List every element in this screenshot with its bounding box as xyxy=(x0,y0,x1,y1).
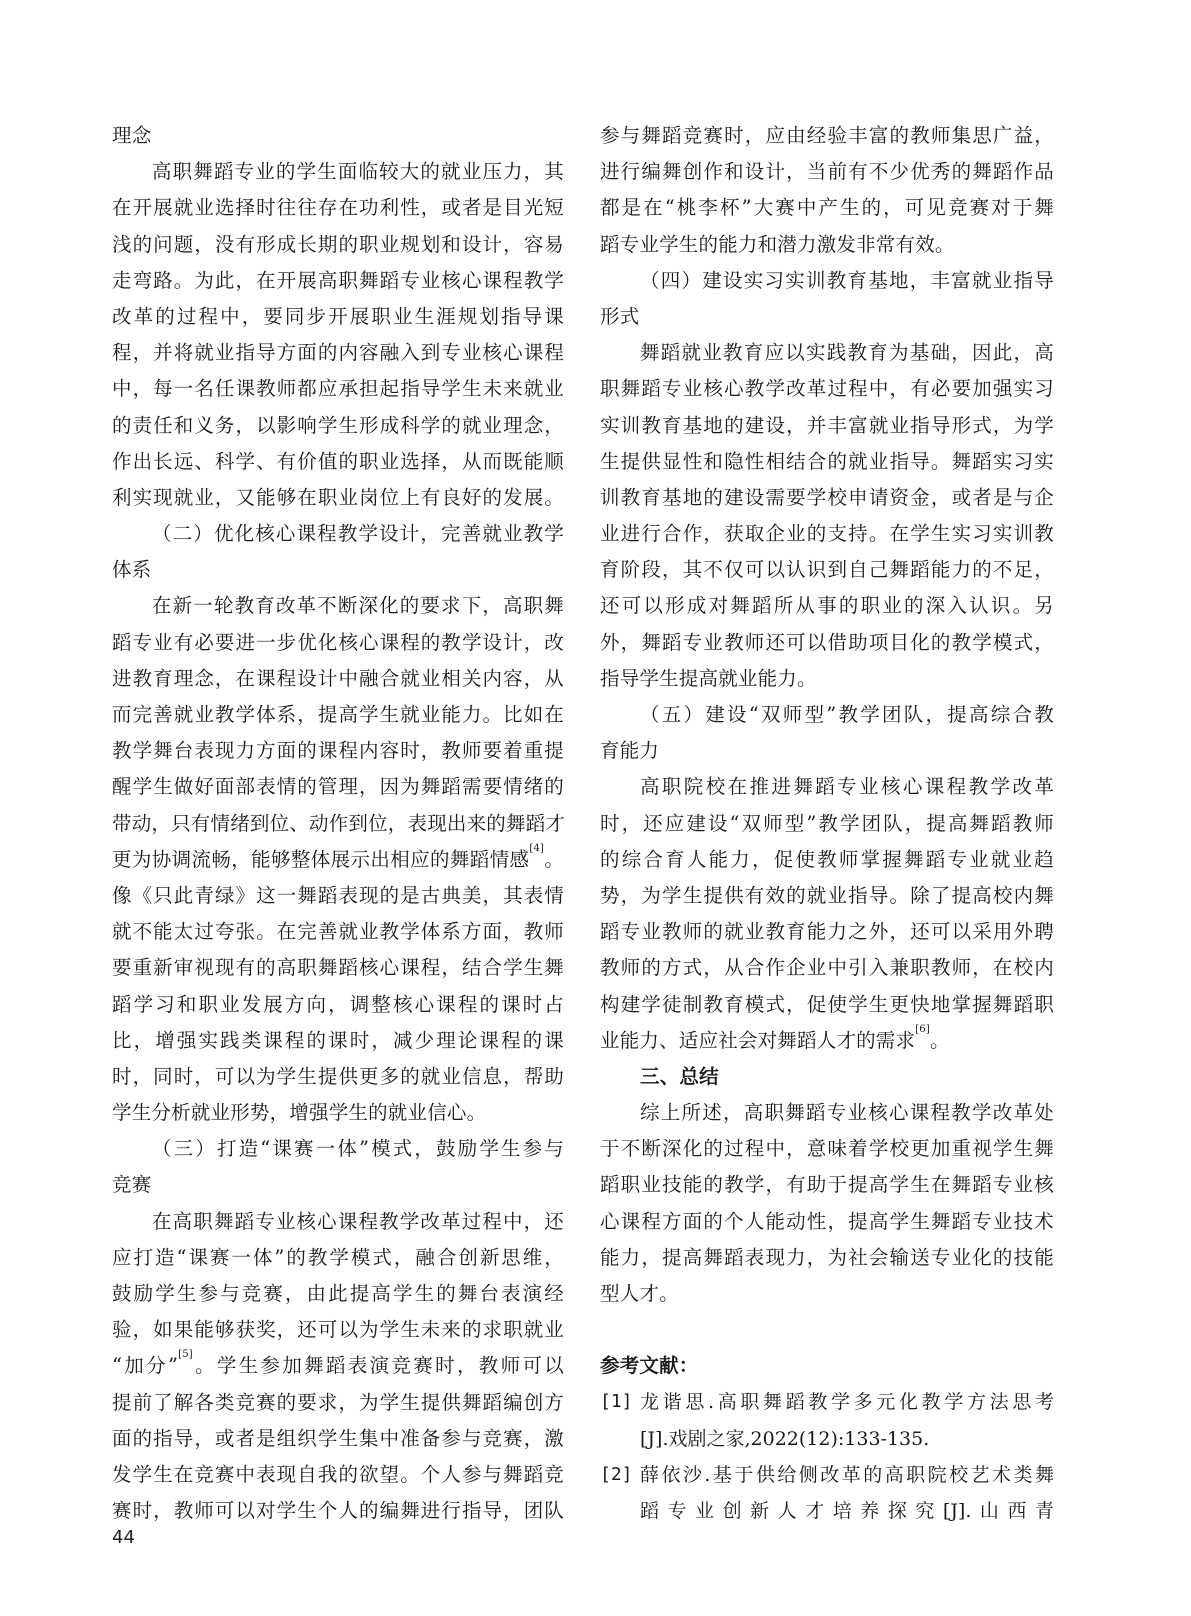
line-text: 中，每一名任课教师都应承担起指导学生未来就业 xyxy=(112,377,564,400)
line-text: 心课程方面的个人能动性，提高学生舞蹈专业技术 xyxy=(600,1210,1054,1233)
line-text: 理念 xyxy=(112,124,151,147)
line-text: 醒学生做好面部表情的管理，因为舞蹈需要情绪的 xyxy=(112,775,564,798)
text-line: 应打造“课赛一体”的教学模式，融合创新思维， xyxy=(112,1240,564,1276)
text-line: 育能力 xyxy=(600,733,1054,769)
text-line: 蹈学习和职业发展方向，调整核心课程的课时占 xyxy=(112,987,564,1023)
paragraph-first-line: 在新一轮教育改革不断深化的要求下，高职舞 xyxy=(112,588,564,624)
subsection-heading: （三）打造“课赛一体”模式，鼓励学生参与 xyxy=(112,1131,564,1167)
line-text: “加分” xyxy=(112,1354,178,1377)
text-line: 势，为学生提供有效的就业指导。除了提高校内舞 xyxy=(600,878,1054,914)
reference-indent xyxy=(600,1421,640,1457)
text-line: 外，舞蹈专业教师还可以借助项目化的教学模式， xyxy=(600,625,1054,661)
line-text: 进教育理念，在课程设计中融合就业相关内容，从 xyxy=(112,667,564,690)
text-line: 形式 xyxy=(600,299,1054,335)
line-text: 于不断深化的过程中，意味着学校更加重视学生舞 xyxy=(600,1137,1054,1160)
text-line: 实训教育基地的建设，并丰富就业指导形式，为学 xyxy=(600,408,1054,444)
line-text: 而完善就业教学体系，提高学生就业能力。比如在 xyxy=(112,703,564,726)
text-line: 都是在“桃李杯”大赛中产生的，可见竞赛对于舞 xyxy=(600,190,1054,226)
line-text: 走弯路。为此，在开展高职舞蹈专业核心课程教学 xyxy=(112,269,564,292)
text-line: 教学舞台表现力方面的课程内容时，教师要着重提 xyxy=(112,733,564,769)
line-text: 在高职舞蹈专业核心课程教学改革过程中，还 xyxy=(152,1210,564,1233)
line-text: 体系 xyxy=(112,558,151,581)
line-text: 浅的问题，没有形成长期的职业规划和设计，容易 xyxy=(112,233,564,256)
line-text: 型人才。 xyxy=(600,1282,679,1305)
line-text: 时，还应建设“双师型”教学团队，提高舞蹈教师 xyxy=(600,812,1054,835)
text-line: 验，如果能够获奖，还可以为学生未来的求职就业 xyxy=(112,1312,564,1348)
text-line: 像《只此青绿》这一舞蹈表现的是古典美，其表情 xyxy=(112,878,564,914)
text-line: 生提供显性和隐性相结合的就业指导。舞蹈实习实 xyxy=(600,444,1054,480)
text-line: “加分”[5]。学生参加舞蹈表演竞赛时，教师可以 xyxy=(112,1348,564,1384)
line-text: 改革的过程中，要同步开展职业生涯规划指导课 xyxy=(112,305,564,328)
line-text: 蹈学习和职业发展方向，调整核心课程的课时占 xyxy=(112,993,564,1016)
text-line: 于不断深化的过程中，意味着学校更加重视学生舞 xyxy=(600,1131,1054,1167)
text-line: 进教育理念，在课程设计中融合就业相关内容，从 xyxy=(112,661,564,697)
line-text: 比，增强实践类课程的课时，减少理论课程的课 xyxy=(112,1029,564,1052)
line-text: 赛时，教师可以对学生个人的编舞进行指导，团队 xyxy=(112,1499,564,1522)
citation-marker[interactable]: [4] xyxy=(529,843,544,854)
text-line: 提前了解各类竞赛的要求，为学生提供舞蹈编创方 xyxy=(112,1385,564,1421)
text-line: 育阶段，其不仅可以认识到自己舞蹈能力的不足， xyxy=(600,552,1054,588)
line-text: 蹈专业有必要进一步优化核心课程的教学设计，改 xyxy=(112,631,564,654)
line-text: 的责任和义务，以影响学生形成科学的就业理念， xyxy=(112,414,564,437)
paragraph-first-line: 高职院校在推进舞蹈专业核心课程教学改革 xyxy=(600,769,1054,805)
line-text-after: 。学生参加舞蹈表演竞赛时，教师可以 xyxy=(193,1354,564,1377)
reference-text: 蹈专业创新人才培养探究[J].山西青 xyxy=(640,1493,1054,1529)
line-text: 能力，提高舞蹈表现力，为社会输送专业化的技能 xyxy=(600,1246,1054,1269)
paragraph-first-line: 舞蹈就业教育应以实践教育为基础，因此，高 xyxy=(600,335,1054,371)
line-text: 发学生在竞赛中表现自我的欲望。个人参与舞蹈竞 xyxy=(112,1463,564,1486)
line-text: 舞蹈就业教育应以实践教育为基础，因此，高 xyxy=(640,341,1054,364)
reference-item: [2]薛依沙.基于供给侧改革的高职院校艺术类舞 xyxy=(600,1457,1054,1493)
line-text: 就不能太过夸张。在完善就业教学体系方面，教师 xyxy=(112,920,564,943)
text-line: 程，并将就业指导方面的内容融入到专业核心课程 xyxy=(112,335,564,371)
line-text-after: 。 xyxy=(544,848,564,871)
text-line: 中，每一名任课教师都应承担起指导学生未来就业 xyxy=(112,371,564,407)
reference-text: [J].戏剧之家,2022(12):133-135. xyxy=(640,1421,1054,1457)
line-text: （五）建设“双师型”教学团队，提高综合教 xyxy=(640,703,1054,726)
text-line: 体系 xyxy=(112,552,564,588)
text-line: 就不能太过夸张。在完善就业教学体系方面，教师 xyxy=(112,914,564,950)
line-text: 验，如果能够获奖，还可以为学生未来的求职就业 xyxy=(112,1318,564,1341)
text-line: 在开展就业选择时往往存在功利性，或者是目光短 xyxy=(112,190,564,226)
text-line: 时，同时，可以为学生提供更多的就业信息，帮助 xyxy=(112,1059,564,1095)
line-text: 生提供显性和隐性相结合的就业指导。舞蹈实习实 xyxy=(600,450,1054,473)
spacer xyxy=(600,1312,1054,1348)
line-text: 在新一轮教育改革不断深化的要求下，高职舞 xyxy=(152,594,564,617)
text-line: 要重新审视现有的高职舞蹈核心课程，结合学生舞 xyxy=(112,950,564,986)
reference-text: 薛依沙.基于供给侧改革的高职院校艺术类舞 xyxy=(640,1457,1054,1493)
text-line: 时，还应建设“双师型”教学团队，提高舞蹈教师 xyxy=(600,806,1054,842)
subsection-heading: （四）建设实习实训教育基地，丰富就业指导 xyxy=(600,263,1054,299)
line-text: 更为协调流畅，能够整体展示出相应的舞蹈情感 xyxy=(112,848,529,871)
text-line: 醒学生做好面部表情的管理，因为舞蹈需要情绪的 xyxy=(112,769,564,805)
text-line: 竞赛 xyxy=(112,1167,564,1203)
text-line: 还可以形成对舞蹈所从事的职业的深入认识。另 xyxy=(600,588,1054,624)
text-line: 浅的问题，没有形成长期的职业规划和设计，容易 xyxy=(112,227,564,263)
text-line: 蹈专业有必要进一步优化核心课程的教学设计，改 xyxy=(112,625,564,661)
text-line: 蹈职业技能的教学，有助于提高学生在舞蹈专业核 xyxy=(600,1167,1054,1203)
text-line: 业能力、适应社会对舞蹈人才的需求[6]。 xyxy=(600,1023,1054,1059)
line-text: 作出长远、科学、有价值的职业选择，从而既能顺 xyxy=(112,450,564,473)
line-text: 提前了解各类竞赛的要求，为学生提供舞蹈编创方 xyxy=(112,1391,564,1414)
line-text: 带动，只有情绪到位、动作到位，表现出来的舞蹈才 xyxy=(112,812,565,835)
reference-item: 蹈专业创新人才培养探究[J].山西青 xyxy=(600,1493,1054,1529)
paragraph-first-line: 高职舞蹈专业的学生面临较大的就业压力，其 xyxy=(112,154,564,190)
line-text: 外，舞蹈专业教师还可以借助项目化的教学模式， xyxy=(600,631,1054,654)
text-line: 蹈专业学生的能力和潜力激发非常有效。 xyxy=(600,227,1054,263)
references-title: 参考文献： xyxy=(600,1348,1054,1384)
line-text: 育阶段，其不仅可以认识到自己舞蹈能力的不足， xyxy=(600,558,1054,581)
reference-text: 龙谐思.高职舞蹈教学多元化教学方法思考 xyxy=(640,1384,1054,1420)
line-text: 的综合育人能力，促使教师掌握舞蹈专业就业趋 xyxy=(600,848,1054,871)
text-line: 学生分析就业形势，增强学生的就业信心。 xyxy=(112,1095,564,1131)
line-text: （三）打造“课赛一体”模式，鼓励学生参与 xyxy=(152,1137,564,1160)
text-line: 教师的方式，从合作企业中引入兼职教师，在校内 xyxy=(600,950,1054,986)
text-line: 构建学徒制教育模式，促使学生更快地掌握舞蹈职 xyxy=(600,987,1054,1023)
line-text: 三、总结 xyxy=(640,1065,719,1088)
text-line: 改革的过程中，要同步开展职业生涯规划指导课 xyxy=(112,299,564,335)
line-text: 利实现就业，又能够在职业岗位上有良好的发展。 xyxy=(112,486,564,509)
text-line: 蹈专业教师的就业教育能力之外，还可以采用外聘 xyxy=(600,914,1054,950)
subsection-heading: （二）优化核心课程教学设计，完善就业教学 xyxy=(112,516,564,552)
reference-number: [1] xyxy=(600,1384,640,1420)
line-text-after: 。 xyxy=(930,1029,950,1052)
line-text: 教学舞台表现力方面的课程内容时，教师要着重提 xyxy=(112,739,564,762)
line-text: 程，并将就业指导方面的内容融入到专业核心课程 xyxy=(112,341,564,364)
text-line: 指导学生提高就业能力。 xyxy=(600,661,1054,697)
paragraph-first-line: 综上所述，高职舞蹈专业核心课程教学改革处 xyxy=(600,1095,1054,1131)
text-line: 带动，只有情绪到位、动作到位，表现出来的舞蹈才 xyxy=(112,806,564,842)
line-text: 都是在“桃李杯”大赛中产生的，可见竞赛对于舞 xyxy=(600,196,1054,219)
line-text: 职舞蹈专业核心教学改革过程中，有必要加强实习 xyxy=(600,377,1054,400)
line-text: 教师的方式，从合作企业中引入兼职教师，在校内 xyxy=(600,956,1054,979)
section-heading: 三、总结 xyxy=(600,1059,1054,1095)
line-text: 竞赛 xyxy=(112,1173,151,1196)
text-line: 赛时，教师可以对学生个人的编舞进行指导，团队 xyxy=(112,1493,564,1529)
text-line: 的责任和义务，以影响学生形成科学的就业理念， xyxy=(112,408,564,444)
text-line: 心课程方面的个人能动性，提高学生舞蹈专业技术 xyxy=(600,1204,1054,1240)
reference-indent xyxy=(600,1493,640,1529)
line-text: 像《只此青绿》这一舞蹈表现的是古典美，其表情 xyxy=(112,884,564,907)
text-line: 能力，提高舞蹈表现力，为社会输送专业化的技能 xyxy=(600,1240,1054,1276)
line-text: 时，同时，可以为学生提供更多的就业信息，帮助 xyxy=(112,1065,564,1088)
text-line: 参与舞蹈竞赛时，应由经验丰富的教师集思广益， xyxy=(600,118,1054,154)
reference-number: [2] xyxy=(600,1457,640,1493)
line-text: 高职舞蹈专业的学生面临较大的就业压力，其 xyxy=(152,160,564,183)
line-text: 高职院校在推进舞蹈专业核心课程教学改革 xyxy=(640,775,1054,798)
line-text: 实训教育基地的建设，并丰富就业指导形式，为学 xyxy=(600,414,1054,437)
line-text: 势，为学生提供有效的就业指导。除了提高校内舞 xyxy=(600,884,1054,907)
citation-marker[interactable]: [6] xyxy=(915,1024,930,1035)
line-text: 构建学徒制教育模式，促使学生更快地掌握舞蹈职 xyxy=(600,993,1054,1016)
text-line: 作出长远、科学、有价值的职业选择，从而既能顺 xyxy=(112,444,564,480)
left-column: 理念高职舞蹈专业的学生面临较大的就业压力，其在开展就业选择时往往存在功利性，或者… xyxy=(112,118,564,1529)
line-text: 蹈专业教师的就业教育能力之外，还可以采用外聘 xyxy=(600,920,1054,943)
reference-item: [J].戏剧之家,2022(12):133-135. xyxy=(600,1421,1054,1457)
line-text: 综上所述，高职舞蹈专业核心课程教学改革处 xyxy=(640,1101,1054,1124)
line-text: 应打造“课赛一体”的教学模式，融合创新思维， xyxy=(112,1246,564,1269)
line-text: （四）建设实习实训教育基地，丰富就业指导 xyxy=(640,269,1054,292)
text-line: 面的指导，或者是组织学生集中准备参与竞赛，激 xyxy=(112,1421,564,1457)
text-line: 训教育基地的建设需要学校申请资金，或者是与企 xyxy=(600,480,1054,516)
citation-marker[interactable]: [5] xyxy=(178,1349,193,1360)
subsection-heading: （五）建设“双师型”教学团队，提高综合教 xyxy=(600,697,1054,733)
line-text: 蹈专业学生的能力和潜力激发非常有效。 xyxy=(600,233,955,256)
text-line: 更为协调流畅，能够整体展示出相应的舞蹈情感[4]。 xyxy=(112,842,564,878)
line-text: 还可以形成对舞蹈所从事的职业的深入认识。另 xyxy=(600,594,1054,617)
line-text: 蹈职业技能的教学，有助于提高学生在舞蹈专业核 xyxy=(600,1173,1054,1196)
text-line: 比，增强实践类课程的课时，减少理论课程的课 xyxy=(112,1023,564,1059)
line-text: 形式 xyxy=(600,305,639,328)
line-text: 进行编舞创作和设计，当前有不少优秀的舞蹈作品 xyxy=(600,160,1054,183)
reference-item: [1]龙谐思.高职舞蹈教学多元化教学方法思考 xyxy=(600,1384,1054,1420)
page-number: 44 xyxy=(112,1527,135,1548)
line-text: 参与舞蹈竞赛时，应由经验丰富的教师集思广益， xyxy=(600,124,1054,147)
text-line: 进行编舞创作和设计，当前有不少优秀的舞蹈作品 xyxy=(600,154,1054,190)
line-text: 鼓励学生参与竞赛，由此提高学生的舞台表演经 xyxy=(112,1282,564,1305)
line-text: 业能力、适应社会对舞蹈人才的需求 xyxy=(600,1029,915,1052)
line-text: 训教育基地的建设需要学校申请资金，或者是与企 xyxy=(600,486,1054,509)
text-line: 业进行合作，获取企业的支持。在学生实习实训教 xyxy=(600,516,1054,552)
right-column: 参与舞蹈竞赛时，应由经验丰富的教师集思广益，进行编舞创作和设计，当前有不少优秀的… xyxy=(600,118,1054,1529)
text-line: 的综合育人能力，促使教师掌握舞蹈专业就业趋 xyxy=(600,842,1054,878)
line-text: 面的指导，或者是组织学生集中准备参与竞赛，激 xyxy=(112,1427,564,1450)
text-line: 型人才。 xyxy=(600,1276,1054,1312)
text-line: 利实现就业，又能够在职业岗位上有良好的发展。 xyxy=(112,480,564,516)
line-text: 指导学生提高就业能力。 xyxy=(600,667,817,690)
line-text: 要重新审视现有的高职舞蹈核心课程，结合学生舞 xyxy=(112,956,564,979)
text-line: 而完善就业教学体系，提高学生就业能力。比如在 xyxy=(112,697,564,733)
text-line: 发学生在竞赛中表现自我的欲望。个人参与舞蹈竞 xyxy=(112,1457,564,1493)
line-text: （二）优化核心课程教学设计，完善就业教学 xyxy=(152,522,564,545)
line-text: 学生分析就业形势，增强学生的就业信心。 xyxy=(112,1101,486,1124)
text-line: 职舞蹈专业核心教学改革过程中，有必要加强实习 xyxy=(600,371,1054,407)
line-text: 在开展就业选择时往往存在功利性，或者是目光短 xyxy=(112,196,564,219)
text-line: 走弯路。为此，在开展高职舞蹈专业核心课程教学 xyxy=(112,263,564,299)
text-line: 鼓励学生参与竞赛，由此提高学生的舞台表演经 xyxy=(112,1276,564,1312)
paragraph-first-line: 在高职舞蹈专业核心课程教学改革过程中，还 xyxy=(112,1204,564,1240)
line-text: 业进行合作，获取企业的支持。在学生实习实训教 xyxy=(600,522,1054,545)
text-line: 理念 xyxy=(112,118,564,154)
line-text: 育能力 xyxy=(600,739,659,762)
